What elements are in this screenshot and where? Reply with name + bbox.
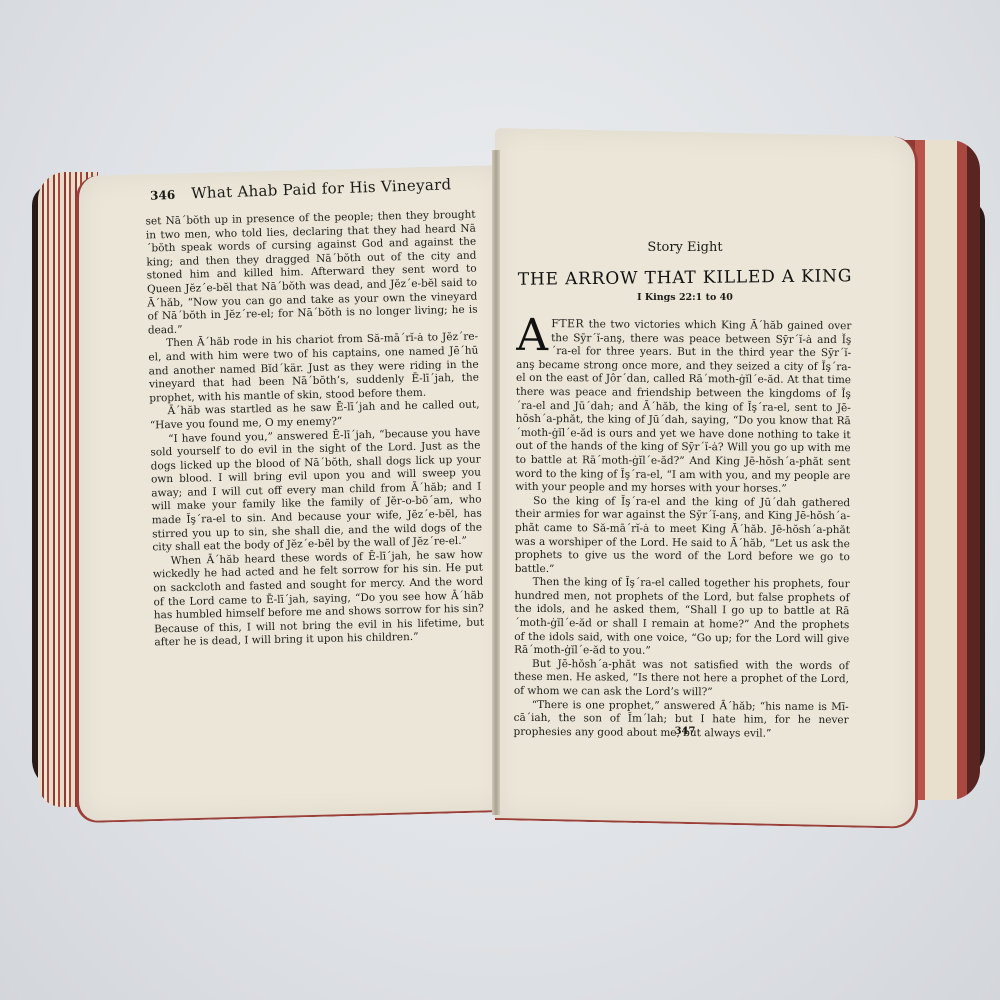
- paragraph: When Ā´hăb heard these words of Ē-lī´jah…: [153, 548, 485, 650]
- paragraph: set Nā´bŏth up in presence of the people…: [145, 209, 477, 338]
- open-book: 346 What Ahab Paid for His Vineyard set …: [0, 0, 1000, 1000]
- opening-word: FTER: [551, 317, 584, 330]
- chapter-title: THE ARROW THAT KILLED A KING: [505, 266, 865, 290]
- right-page-body: AFTER the two victories which King Ā´hăb…: [514, 317, 852, 742]
- drop-cap: A: [516, 317, 548, 355]
- story-label: Story Eight: [505, 240, 865, 255]
- paragraph: Then the king of Ĭş´ra-el called togethe…: [514, 576, 850, 660]
- left-page-body: set Nā´bŏth up in presence of the people…: [145, 209, 484, 651]
- book-gutter: [492, 150, 500, 815]
- opening-paragraph: AFTER the two victories which King Ā´hăb…: [515, 317, 851, 497]
- paragraph: But Jē-hŏsh´a-phăt was not satisfied wit…: [514, 658, 849, 701]
- scripture-reference: I Kings 22:1 to 40: [505, 292, 865, 303]
- page-number-left: 346: [150, 188, 176, 203]
- paragraph: “I have found you,” answered Ē-lī´jah, “…: [150, 426, 482, 555]
- page-number-right: 347: [505, 726, 865, 737]
- paragraph: Then Ā´hăb rode in his chariot from Să-m…: [148, 331, 479, 406]
- paragraph-text: the two victories which King Ā´hăb gaine…: [515, 318, 851, 495]
- paragraph: So the king of Ĭş´ra-el and the king of …: [515, 495, 851, 579]
